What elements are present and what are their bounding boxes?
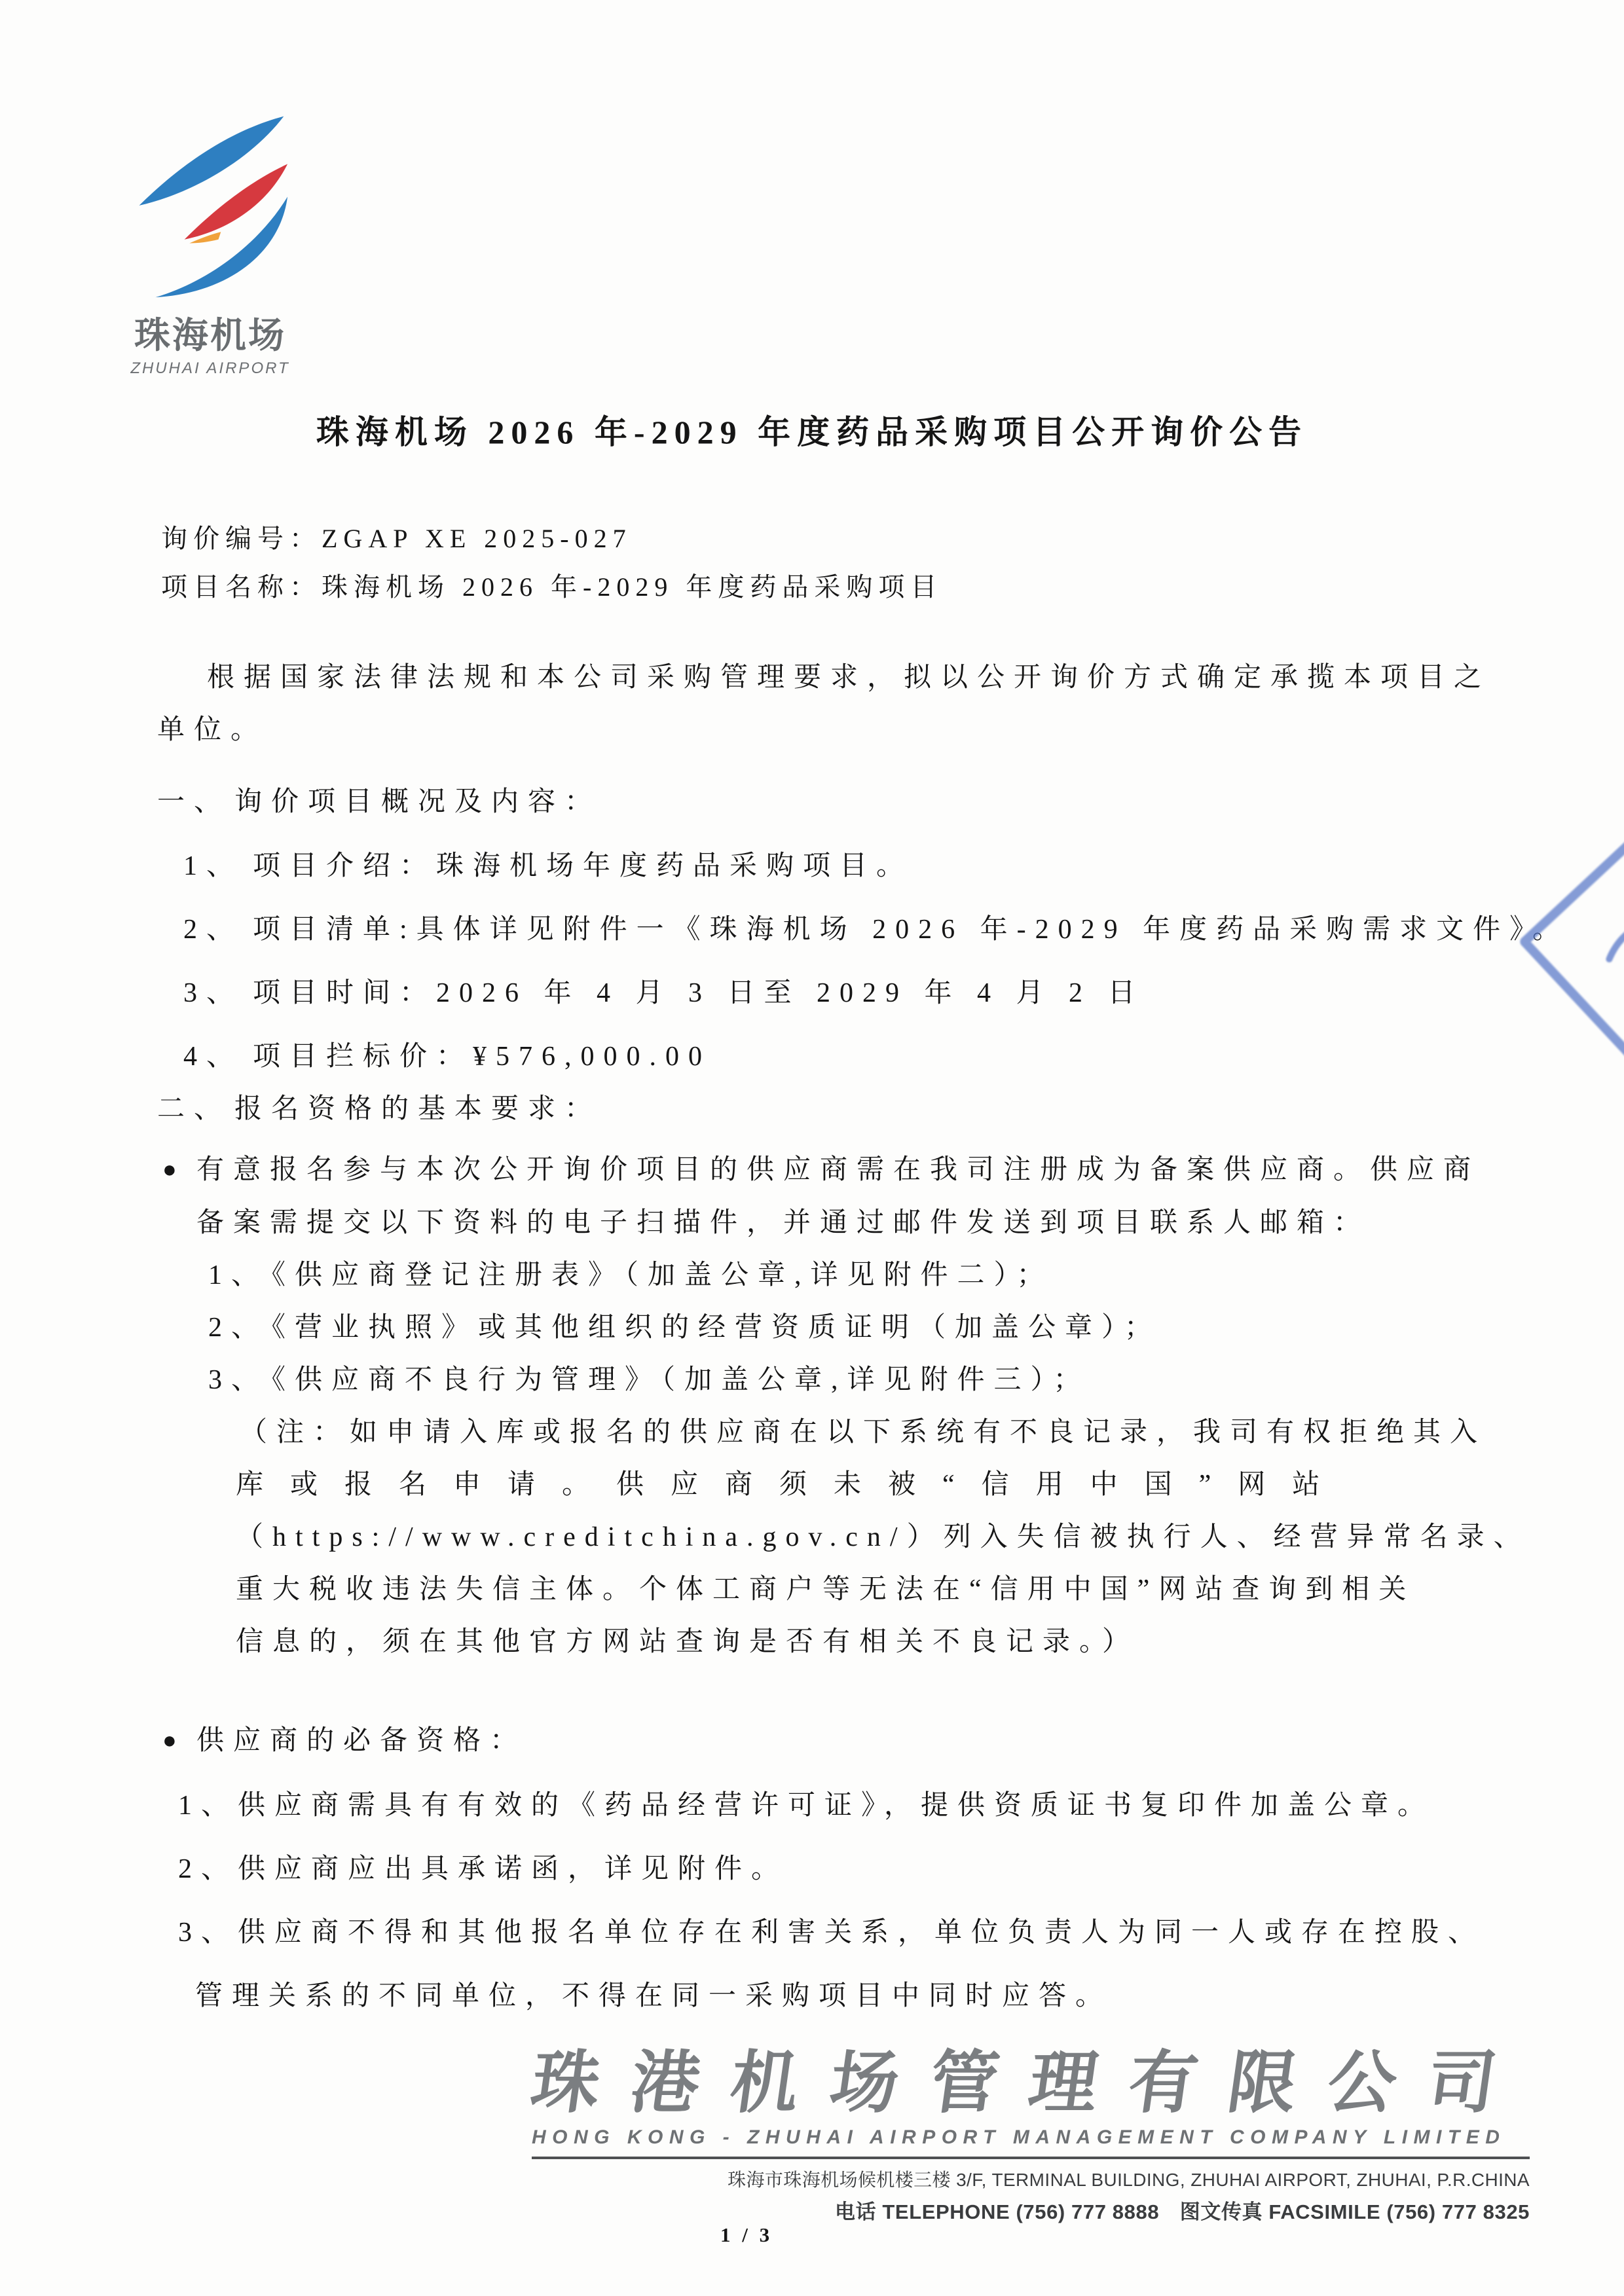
item-text: 项目时间：2026 年 4 月 3 日至 2029 年 4 月 2 日 <box>253 978 1145 1008</box>
bullet-heading-text: 供应商的必备资格： <box>196 1726 526 1756</box>
item-text: 项目拦标价：¥576,000.00 <box>253 1042 711 1072</box>
company-footer: 珠港机场管理有限公司 HONG KONG - ZHUHAI AIRPORT MA… <box>532 2045 1530 2225</box>
list-item: 2、项目清单:具体详见附件一《珠海机场 2026 年-2029 年度药品采购需求… <box>0 903 1624 956</box>
bullet-text: 有意报名参与本次公开询价项目的供应商需在我司注册成为备案供应商。供应商 <box>196 1155 1480 1185</box>
logo-name-cn: 珠海机场 <box>123 306 297 358</box>
meta-block: 询价编号：ZGAP XE 2025-027 项目名称：珠海机场 2026 年-2… <box>161 515 942 611</box>
item-number: 2、 <box>208 1302 258 1354</box>
note-line: （注：如申请入库或报名的供应商在以下系统有不良记录，我司有权拒绝其入 <box>0 1406 1624 1459</box>
zhuhai-airport-logo: 珠海机场 ZHUHAI AIRPORT <box>123 106 297 378</box>
item-text: 《营业执照》或其他组织的经营资质证明（加盖公章）； <box>258 1313 1161 1343</box>
section-1-number: 一、 <box>157 776 234 828</box>
list-item: 4、项目拦标价：¥576,000.00 <box>0 1030 1624 1083</box>
list-item: 3、项目时间：2026 年 4 月 3 日至 2029 年 4 月 2 日 <box>0 967 1624 1019</box>
note-line: （https://www.creditchina.gov.cn/）列入失信被执行… <box>0 1511 1624 1563</box>
intro-line: 单位。 <box>0 704 1624 756</box>
bullet-icon: ● <box>162 1143 196 1195</box>
section-2-heading: 二、报名资格的基本要求： <box>0 1083 1624 1135</box>
document-body: 根据国家法律法规和本公司采购管理要求，拟以公开询价方式确定承揽本项目之 单位。 … <box>0 651 1624 2022</box>
item-number: 2、 <box>183 903 253 956</box>
list-item-continuation: 管理关系的不同单位，不得在同一采购项目中同时应答。 <box>0 1970 1624 2022</box>
list-item: 1、《供应商登记注册表》（加盖公章,详见附件二）； <box>0 1249 1624 1302</box>
logo-name-en: ZHUHAI AIRPORT <box>123 359 297 378</box>
footer-divider <box>532 2157 1530 2159</box>
airport-swoosh-icon <box>132 106 289 302</box>
footer-company-name-cn: 珠港机场管理有限公司 <box>526 2045 1566 2121</box>
item-number: 3、 <box>183 967 253 1019</box>
section-1-heading: 一、询价项目概况及内容： <box>0 776 1624 828</box>
item-text: 项目清单:具体详见附件一《珠海机场 2026 年-2029 年度药品采购需求文件… <box>253 915 1569 945</box>
bullet-item: ●供应商的必备资格： <box>0 1714 1624 1766</box>
item-number: 1、 <box>208 1249 258 1302</box>
footer-company-name-en: HONG KONG - ZHUHAI AIRPORT MANAGEMENT CO… <box>532 2126 1530 2149</box>
list-item: 2、供应商应出具承诺函，详见附件。 <box>0 1843 1624 1895</box>
project-name-label: 项目名称： <box>161 572 322 602</box>
list-item: 3、供应商不得和其他报名单位存在利害关系，单位负责人为同一人或存在控股、 <box>0 1906 1624 1959</box>
inquiry-number-label: 询价编号： <box>161 524 322 553</box>
scanned-document-page: 珠海机场 ZHUHAI AIRPORT 珠海机场 2026 年-2029 年度药… <box>0 0 1624 2296</box>
list-item: 1、项目介绍：珠海机场年度药品采购项目。 <box>0 840 1624 892</box>
section-1-heading-text: 询价项目概况及内容： <box>234 787 601 817</box>
announcement-title: 珠海机场 2026 年-2029 年度药品采购项目公开询价公告 <box>0 406 1624 453</box>
section-2-number: 二、 <box>157 1083 234 1135</box>
item-text: 项目介绍：珠海机场年度药品采购项目。 <box>253 851 913 881</box>
item-number: 4、 <box>183 1030 253 1083</box>
item-number: 3、 <box>208 1354 258 1406</box>
bullet-item: ●有意报名参与本次公开询价项目的供应商需在我司注册成为备案供应商。供应商 <box>0 1143 1624 1195</box>
footer-address: 珠海市珠海机场候机楼三楼 3/F, TERMINAL BUILDING, ZHU… <box>532 2166 1530 2192</box>
page-number: 1 / 3 <box>720 2223 773 2247</box>
footer-phone-fax: 电话 TELEPHONE (756) 777 8888 图文传真 FACSIMI… <box>532 2195 1530 2225</box>
list-item: 3、《供应商不良行为管理》（加盖公章,详见附件三）； <box>0 1354 1624 1406</box>
bullet-text-line: 备案需提交以下资料的电子扫描件，并通过邮件发送到项目联系人邮箱： <box>0 1197 1624 1249</box>
note-line: 信息的，须在其他官方网站查询是否有相关不良记录。） <box>0 1616 1624 1668</box>
project-name-line: 项目名称：珠海机场 2026 年-2029 年度药品采购项目 <box>161 563 942 611</box>
project-name-value: 珠海机场 2026 年-2029 年度药品采购项目 <box>322 572 942 602</box>
inquiry-number-value: ZGAP XE 2025-027 <box>322 524 632 553</box>
item-text: 《供应商不良行为管理》（加盖公章,详见附件三）； <box>258 1365 1090 1395</box>
bullet-icon: ● <box>162 1714 196 1766</box>
intro-line: 根据国家法律法规和本公司采购管理要求，拟以公开询价方式确定承揽本项目之 <box>0 651 1624 704</box>
inquiry-number-line: 询价编号：ZGAP XE 2025-027 <box>161 515 942 563</box>
item-text: 《供应商登记注册表》（加盖公章,详见附件二）； <box>258 1260 1054 1290</box>
note-line: 库或报名申请。供应商须未被“信用中国”网站 <box>0 1459 1624 1511</box>
note-line: 重大税收违法失信主体。个体工商户等无法在“信用中国”网站查询到相关 <box>0 1563 1624 1616</box>
item-number: 1、 <box>183 840 253 892</box>
list-item: 1、供应商需具有有效的《药品经营许可证》，提供资质证书复印件加盖公章。 <box>0 1779 1624 1832</box>
section-2-heading-text: 报名资格的基本要求： <box>234 1094 601 1124</box>
list-item: 2、《营业执照》或其他组织的经营资质证明（加盖公章）； <box>0 1302 1624 1354</box>
